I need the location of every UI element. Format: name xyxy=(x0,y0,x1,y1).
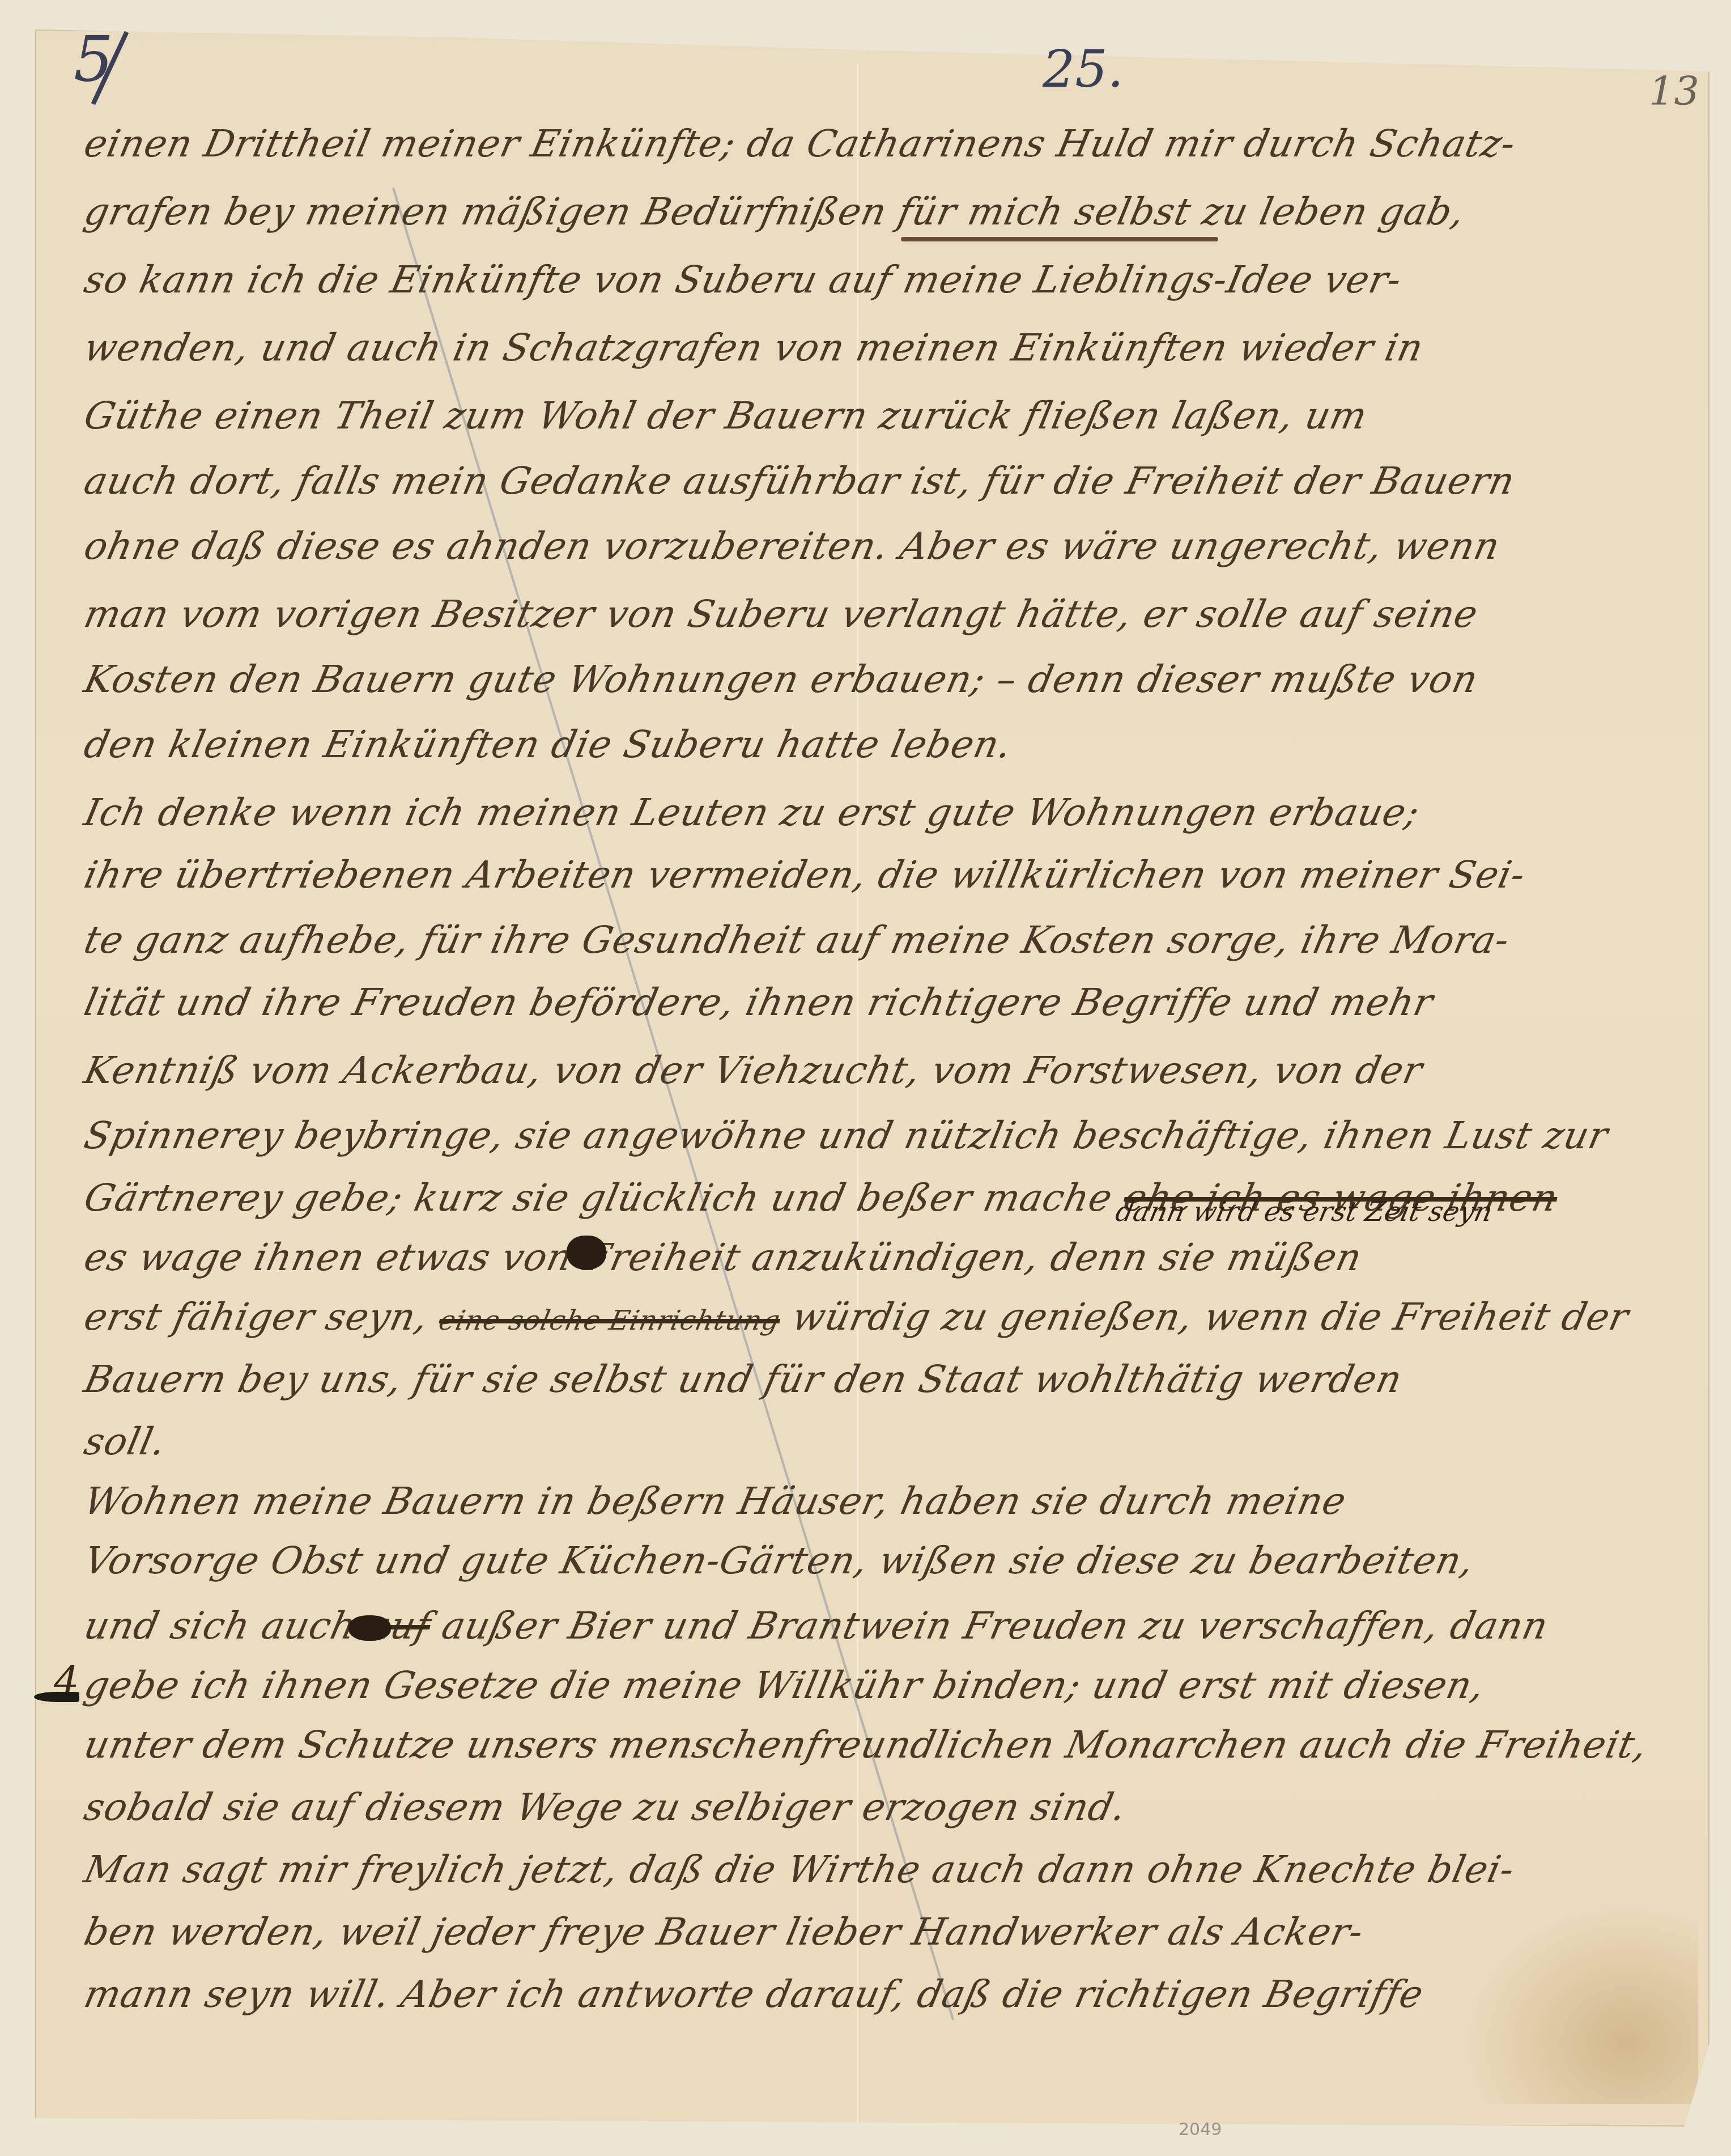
text-line: unter dem Schutze unsers menschenfreundl… xyxy=(80,1723,1693,1767)
text-line: Kentniß vom Ackerbau, von der Viehzucht,… xyxy=(80,1049,1693,1092)
text-line: Bauern bey uns, für sie selbst und für d… xyxy=(80,1357,1693,1401)
text-fragment: Gärtnerey gebe; kurz sie glücklich und b… xyxy=(80,1176,1117,1220)
text-line: Güthe einen Theil zum Wohl der Bauern zu… xyxy=(80,394,1693,438)
text-line: mann seyn will. Aber ich antworte darauf… xyxy=(80,1972,1693,2016)
text-line: ihre übertriebenen Arbeiten vermeiden, d… xyxy=(80,853,1693,897)
text-fragment: erst fähiger seyn, xyxy=(80,1295,432,1339)
text-line: gebe ich ihnen Gesetze die meine Willküh… xyxy=(80,1663,1693,1707)
text-line: ben werden, weil jeder freye Bauer liebe… xyxy=(80,1910,1693,1954)
ink-blot xyxy=(348,1615,391,1641)
text-line: Vorsorge Obst und gute Küchen-Gärten, wi… xyxy=(80,1539,1693,1582)
text-line: Kosten den Bauern gute Wohnungen erbauen… xyxy=(80,657,1693,701)
text-fragment: grafen bey meinen mäßigen Bedürfnißen fü… xyxy=(80,190,1469,234)
folio-number-left: 5 xyxy=(74,23,113,95)
folio-number-right: 13 xyxy=(1649,68,1699,114)
text-line: lität und ihre Freuden befördere, ihnen … xyxy=(80,981,1693,1024)
text-fragment: würdig zu genießen, wenn die Freiheit de… xyxy=(789,1295,1633,1339)
margin-pointer-mark xyxy=(34,1692,79,1702)
struck-text: eine solche Einrichtung xyxy=(436,1305,784,1336)
text-line: man vom vorigen Besitzer von Suberu verl… xyxy=(80,592,1693,636)
text-fragment: außer Bier und Brantwein Freuden zu vers… xyxy=(438,1604,1552,1648)
text-line: erst fähiger seyn, eine solche Einrichtu… xyxy=(80,1295,1693,1339)
text-line: Ich denke wenn ich meinen Leuten zu erst… xyxy=(80,791,1693,834)
text-line: Spinnerey beybringe, sie angewöhne und n… xyxy=(80,1114,1693,1157)
text-line: sobald sie auf diesem Wege zu selbiger e… xyxy=(80,1785,1693,1829)
text-line: grafen bey meinen mäßigen Bedürfnißen fü… xyxy=(80,190,1693,234)
interlinear-insertion: dann wird es erst Zeit seyn xyxy=(1113,1196,1495,1228)
text-line: ohne daß diese es ahnden vorzubereiten. … xyxy=(80,524,1693,568)
text-line: es wage ihnen etwas von Freiheit anzukün… xyxy=(80,1236,1693,1279)
page-number: 25. xyxy=(1043,40,1124,99)
text-line: soll. xyxy=(80,1420,1693,1463)
text-fragment: und sich auch xyxy=(80,1604,360,1648)
text-line: und sich auch auf außer Bier und Brantwe… xyxy=(80,1604,1693,1648)
text-line: einen Drittheil meiner Einkünfte; da Cat… xyxy=(80,122,1693,165)
text-line: Wohnen meine Bauern in beßern Häuser, ha… xyxy=(80,1479,1693,1523)
text-line: so kann ich die Einkünfte von Suberu auf… xyxy=(80,258,1693,302)
underline-mark xyxy=(901,237,1218,241)
text-line: den kleinen Einkünften die Suberu hatte … xyxy=(80,723,1693,766)
ink-blot xyxy=(567,1236,606,1270)
pencil-catch-number: 2049 xyxy=(1179,2120,1222,2140)
text-line: wenden, und auch in Schatzgrafen von mei… xyxy=(80,326,1693,370)
text-line: auch dort, falls mein Gedanke ausführbar… xyxy=(80,459,1693,503)
text-line: te ganz aufhebe, für ihre Gesundheit auf… xyxy=(80,918,1693,962)
text-line: Man sagt mir freylich jetzt, daß die Wir… xyxy=(80,1848,1693,1891)
